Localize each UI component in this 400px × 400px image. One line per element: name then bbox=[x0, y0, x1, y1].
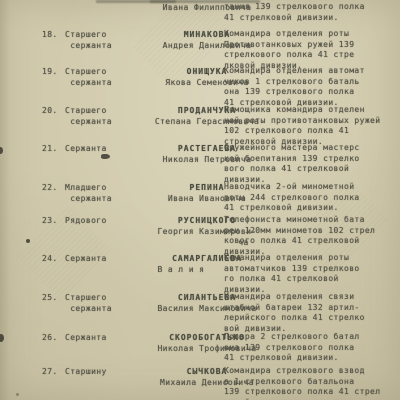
entry-description: Помощника командира отделен ной роты про… bbox=[224, 105, 396, 147]
entry-description: Командира отделения автомат чиков 1 стре… bbox=[224, 66, 396, 108]
entry-description: Командира отделения роты автоматчиков 13… bbox=[224, 253, 396, 295]
entry-description: Командира стрелкового взвод а 1 стрелков… bbox=[224, 366, 396, 400]
entry-number: 25. bbox=[42, 292, 64, 303]
entry-number: 19. bbox=[42, 66, 64, 77]
entry-rank: Младшего сержанта bbox=[65, 182, 145, 204]
entry-description: Командира отделения роты Противотанковых… bbox=[224, 29, 396, 71]
scanned-document-page: Ивана Филипповичатания 139 стрелкового п… bbox=[0, 0, 400, 400]
entry-rank: Старшего сержанта bbox=[65, 292, 145, 314]
entry-rank: Старшего сержанта bbox=[65, 105, 145, 127]
entry-rank: Старшего сержанта bbox=[65, 66, 145, 88]
entry-rank: Старшину bbox=[65, 366, 145, 377]
entry-number: 22. bbox=[42, 182, 64, 193]
entry-rank: Сержанта bbox=[65, 143, 145, 154]
entry-number: 24. bbox=[42, 253, 64, 264]
award-list: Ивана Филипповичатания 139 стрелкового п… bbox=[0, 0, 400, 400]
entry-number: 23. bbox=[42, 215, 64, 226]
entry-number: 27. bbox=[42, 366, 64, 377]
entry-rank: Сержанта bbox=[65, 332, 145, 343]
entry-description: Командира отделения связи штабной батаре… bbox=[224, 292, 396, 334]
entry-description: Наводчика 2-ой минометной роты 244 стрел… bbox=[224, 182, 396, 214]
entry-rank: Сержанта bbox=[65, 253, 145, 264]
entry-description: Оружейного мастера мастерс кой боепитани… bbox=[224, 143, 396, 185]
entry-number: 20. bbox=[42, 105, 64, 116]
entry-description: тания 139 стрелкового полка 41 стрелково… bbox=[224, 2, 396, 23]
entry-description: Повара 2 стрелкового батал она 139 стрел… bbox=[224, 332, 396, 364]
entry-number: 26. bbox=[42, 332, 64, 343]
entry-number: 21. bbox=[42, 143, 64, 154]
entry-description: Телефониста минометной бата реи 120мм ми… bbox=[224, 215, 396, 257]
entry-rank: Рядового bbox=[65, 215, 145, 226]
entry-number: 18. bbox=[42, 29, 64, 40]
entry-rank: Старшего сержанта bbox=[65, 29, 145, 51]
